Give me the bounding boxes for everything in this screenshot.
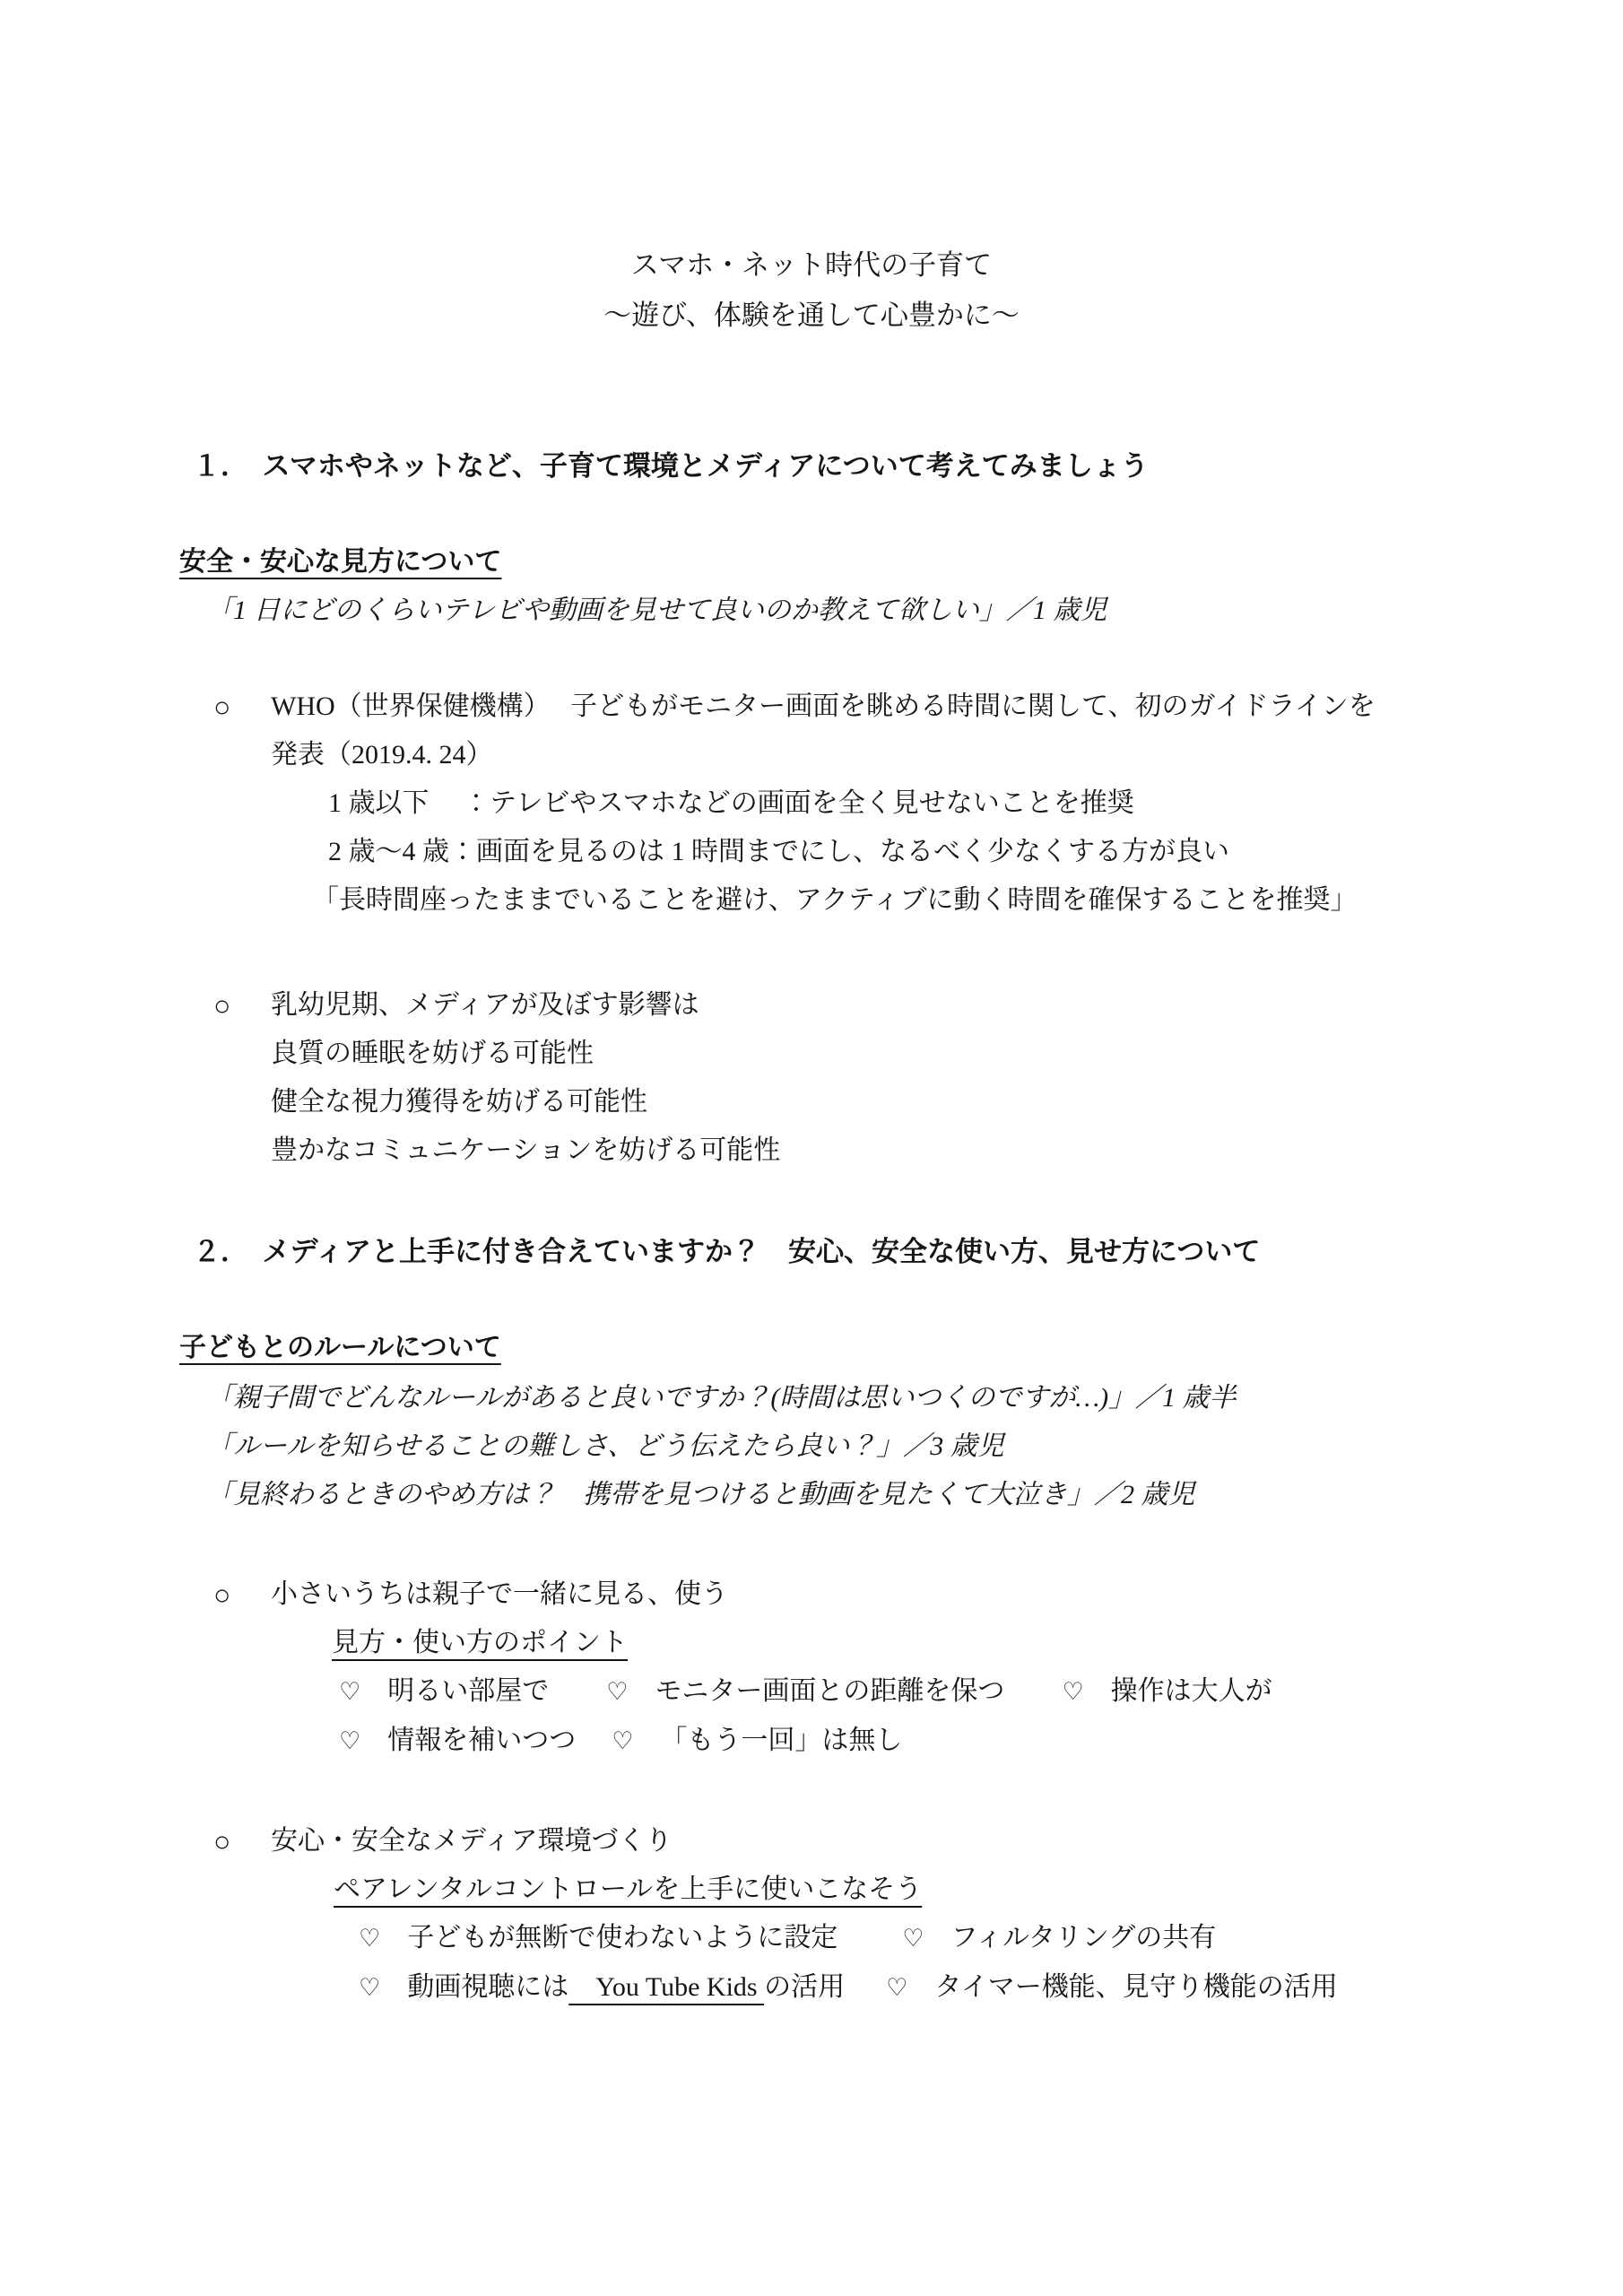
watch-together-title: 小さいうちは親子で一緒に見る、使う [271,1570,728,1619]
point-adult-operates: ♡操作は大人が [1062,1667,1271,1717]
parent-question-1yo: 「1 日にどのくらいテレビや動画を見せて良いのか教えて欲しい」／1 歳児 [206,587,1623,635]
doc-title: スマホ・ネット時代の子育て [0,240,1623,291]
point-bright-room: ♡明るい部屋で [339,1667,549,1717]
point-label: 操作は大人が [1111,1667,1272,1716]
circle-bullet-icon: ○ [213,981,271,1030]
effect-sleep: 良質の睡眠を妨げる可能性 [271,1030,1623,1078]
heart-icon: ♡ [606,1668,628,1717]
point-timer-monitoring: ♡タイマー機能、見守り機能の活用 [886,1963,1338,2013]
parental-control-row1: ♡子どもが無断で使わないように設定 ♡フィルタリングの共有 [359,1914,1623,1963]
point-label: 子どもが無断で使わないように設定 [407,1914,838,1962]
point-label: フィルタリングの共有 [950,1914,1216,1962]
parental-control-row2: ♡動画視聴には You Tube Kids の活用 ♡タイマー機能、見守り機能の… [359,1963,1623,2013]
section2-heading: ２． メディアと上手に付き合えていますか？ 安心、安全な使い方、見せ方について [193,1228,1623,1276]
parent-question-rules-1: 「親子間でどんなルールがあると良いですか？(時間は思いつくのですが…)」／1 歳… [206,1374,1623,1422]
media-effects-title: 乳幼児期、メディアが及ぼす影響は [271,981,699,1030]
circle-bullet-icon: ○ [213,683,271,779]
point-keep-distance: ♡モニター画面との距離を保つ [606,1667,1004,1717]
who-age-2to4: 2 歳～4 歳：画面を見るのは 1 時間までにし、なるべく少なくする方が良い [328,828,1623,876]
point-no-one-more-time: ♡「もう一回」は無し [612,1717,902,1766]
circle-bullet-icon: ○ [213,1817,271,1865]
viewing-points-row2: ♡情報を補いつつ ♡「もう一回」は無し [339,1717,1623,1766]
who-age-under1: 1 歳以下 ：テレビやスマホなどの画面を全く見せないことを推奨 [328,779,1623,828]
doc-subtitle: ～遊び、体験を通して心豊かに～ [0,291,1623,341]
heart-icon: ♡ [339,1668,360,1717]
point-label: 明るい部屋で [387,1667,549,1716]
watch-together-bullet: ○ 小さいうちは親子で一緒に見る、使う [213,1570,1623,1619]
point-label-suffix: の活用 [764,1963,845,2012]
heart-icon: ♡ [359,1915,380,1963]
point-label-prefix: 動画視聴には [407,1963,568,2012]
section1-subheading: 安全・安心な見方について [179,538,1623,587]
point-prevent-unauthorized-use: ♡子どもが無断で使わないように設定 [359,1914,838,1963]
youtube-kids-underlined-text: You Tube Kids [568,1963,764,2012]
point-youtube-kids: ♡動画視聴には You Tube Kids の活用 [359,1963,845,2013]
point-label: タイマー機能、見守り機能の活用 [934,1963,1337,2012]
who-guideline-body: WHO（世界保健機構） 子どもがモニター画面を眺める時間に関して、初のガイドライ… [271,683,1376,779]
point-label: モニター画面との距離を保つ [655,1667,1004,1716]
point-label: 情報を補いつつ [387,1717,576,1765]
effect-communication: 豊かなコミュニケーションを妨げる可能性 [271,1126,1623,1175]
document-page: スマホ・ネット時代の子育て ～遊び、体験を通して心豊かに～ １． スマホやネット… [0,0,1623,2296]
heart-icon: ♡ [886,1964,907,2013]
section2-subheading: 子どもとのルールについて [179,1324,1623,1372]
safe-environment-bullet: ○ 安心・安全なメディア環境づくり [213,1817,1623,1865]
heart-icon: ♡ [902,1915,924,1963]
heart-icon: ♡ [359,1964,380,2013]
heart-icon: ♡ [1062,1668,1083,1717]
parent-question-rules-3: 「見終わるときのやめ方は？ 携帯を見つけると動画を見たくて大泣き」／2 歳児 [206,1471,1623,1519]
media-effects-bullet: ○ 乳幼児期、メディアが及ぼす影響は [213,981,1623,1030]
viewing-points-heading: 見方・使い方のポイント [332,1628,628,1657]
point-share-filtering: ♡フィルタリングの共有 [902,1914,1216,1963]
who-line-1: WHO（世界保健機構） 子どもがモニター画面を眺める時間に関して、初のガイドライ… [271,683,1376,731]
circle-bullet-icon: ○ [213,1570,271,1619]
heart-icon: ♡ [612,1718,633,1766]
parental-control-heading: ペアレンタルコントロールを上手に使いこなそう [334,1874,922,1904]
point-supplement-info: ♡情報を補いつつ [339,1717,576,1766]
safe-environment-title: 安心・安全なメディア環境づくり [271,1817,673,1865]
who-active-recommendation: 「長時間座ったままでいることを避け、アクティブに動く時間を確保することを推奨」 [312,876,1623,925]
parent-question-rules-2: 「ルールを知らせることの難しさ、どう伝えたら良い？」／3 歳児 [206,1422,1623,1471]
who-line-2: 発表（2019.4. 24） [271,731,1376,779]
section1-heading: １． スマホやネットなど、子育て環境とメディアについて考えてみましょう [193,442,1623,491]
heart-icon: ♡ [339,1718,360,1766]
point-label: 「もう一回」は無し [660,1717,902,1765]
effect-eyesight: 健全な視力獲得を妨げる可能性 [271,1078,1623,1126]
who-guideline-bullet: ○ WHO（世界保健機構） 子どもがモニター画面を眺める時間に関して、初のガイド… [213,683,1623,779]
viewing-points-row1: ♡明るい部屋で ♡モニター画面との距離を保つ ♡操作は大人が [339,1667,1623,1717]
